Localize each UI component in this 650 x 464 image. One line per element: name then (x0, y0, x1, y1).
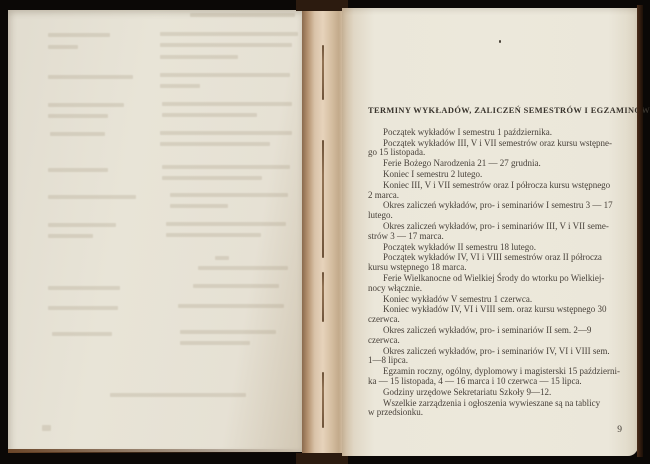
bleedthrough-mark (110, 393, 246, 397)
schedule-paragraph: Koniec wykładów IV, VI i VIII sem. oraz … (368, 305, 624, 325)
bleedthrough-mark (48, 45, 78, 49)
schedule-paragraph: Ferie Wielkanocne od Wielkiej Środy do w… (368, 274, 624, 294)
bleedthrough-mark (48, 306, 118, 310)
bleedthrough-mark (160, 73, 290, 77)
bleedthrough-mark (48, 234, 93, 238)
schedule-paragraph: Początek wykładów IV, VI i VIII semestró… (368, 253, 624, 273)
bleedthrough-mark (162, 165, 290, 169)
bleedthrough-mark (48, 75, 133, 79)
bleedthrough-mark (160, 131, 292, 135)
bleedthrough-mark (166, 233, 261, 237)
bleedthrough-mark (160, 32, 298, 36)
section-heading: TERMINY WYKŁADÓW, ZALICZEŃ SEMESTRÓW I E… (368, 106, 624, 116)
page-number: 9 (617, 425, 622, 435)
schedule-paragraph: Koniec wykładów V semestru 1 czerwca. (368, 295, 624, 305)
schedule-paragraph: Okres zaliczeń wykładów, pro- i seminari… (368, 347, 624, 367)
stitch-thread (322, 372, 324, 428)
bleedthrough-mark (48, 286, 120, 290)
bleedthrough-mark (180, 341, 250, 345)
bleedthrough-mark (48, 223, 116, 227)
schedule-paragraph: Ferie Bożego Narodzenia 21 — 27 grudnia. (368, 159, 624, 169)
schedule-paragraph: Wszelkie zarządzenia i ogłoszenia wywies… (368, 399, 624, 419)
stitch-thread (322, 272, 324, 322)
bleedthrough-mark (50, 132, 105, 136)
schedule-paragraph: Okres zaliczeń wykładów, pro- i seminari… (368, 326, 624, 346)
stitch-thread (322, 45, 324, 100)
bleedthrough-mark (48, 33, 110, 37)
bleedthrough-mark (160, 43, 292, 47)
bleedthrough-mark (42, 425, 51, 431)
schedule-paragraph: Koniec I semestru 2 lutego. (368, 170, 624, 180)
bleedthrough-mark (162, 176, 262, 180)
bleedthrough-mark (162, 113, 257, 117)
bleedthrough-mark (170, 193, 288, 197)
bleedthrough-mark (160, 55, 238, 59)
bleedthrough-mark (178, 304, 284, 308)
schedule-paragraph: Okres zaliczeń wykładów, pro- i seminari… (368, 201, 624, 221)
bleedthrough-mark (160, 84, 200, 88)
bleedthrough-mark (48, 114, 108, 118)
schedule-paragraph: Egzamin roczny, ogólny, dyplomowy i magi… (368, 367, 624, 387)
book-edge-right (637, 5, 643, 457)
schedule-paragraph: Początek wykładów II semestru 18 lutego. (368, 243, 624, 253)
bleedthrough-mark (48, 195, 136, 199)
bleedthrough-mark (166, 222, 286, 226)
bleedthrough-mark (52, 332, 112, 336)
bleedthrough-mark (170, 204, 228, 208)
stitch-thread (322, 140, 324, 258)
spine-edge-bottom (296, 453, 348, 464)
schedule-paragraph: Koniec III, V i VII semestrów oraz I pół… (368, 181, 624, 201)
schedule-paragraph-list: Początek wykładów I semestru 1 październ… (368, 128, 624, 418)
schedule-text-block: TERMINY WYKŁADÓW, ZALICZEŃ SEMESTRÓW I E… (368, 106, 624, 419)
spine-edge-top (296, 0, 348, 11)
bleedthrough-mark (162, 102, 292, 106)
bleedthrough-mark (190, 13, 295, 17)
bleedthrough-mark (215, 256, 229, 260)
schedule-paragraph: Początek wykładów III, V i VII semestrów… (368, 139, 624, 159)
left-page (8, 10, 302, 452)
book-spread: TERMINY WYKŁADÓW, ZALICZEŃ SEMESTRÓW I E… (0, 0, 650, 464)
bleedthrough-mark (48, 103, 124, 107)
bleedthrough-mark (198, 266, 288, 270)
bleedthrough-mark (160, 142, 270, 146)
schedule-paragraph: Godziny urzędowe Sekretariatu Szkoły 9—1… (368, 388, 624, 398)
book-edge-bottom-left (8, 449, 302, 453)
bleedthrough-mark (48, 168, 108, 172)
ink-speck (499, 40, 501, 43)
bleedthrough-mark (193, 284, 279, 288)
schedule-paragraph: Początek wykładów I semestru 1 październ… (368, 128, 624, 138)
bleedthrough-mark (180, 330, 276, 334)
schedule-paragraph: Okres zaliczeń wykładów, pro- i seminari… (368, 222, 624, 242)
right-page: TERMINY WYKŁADÓW, ZALICZEŃ SEMESTRÓW I E… (342, 8, 638, 456)
